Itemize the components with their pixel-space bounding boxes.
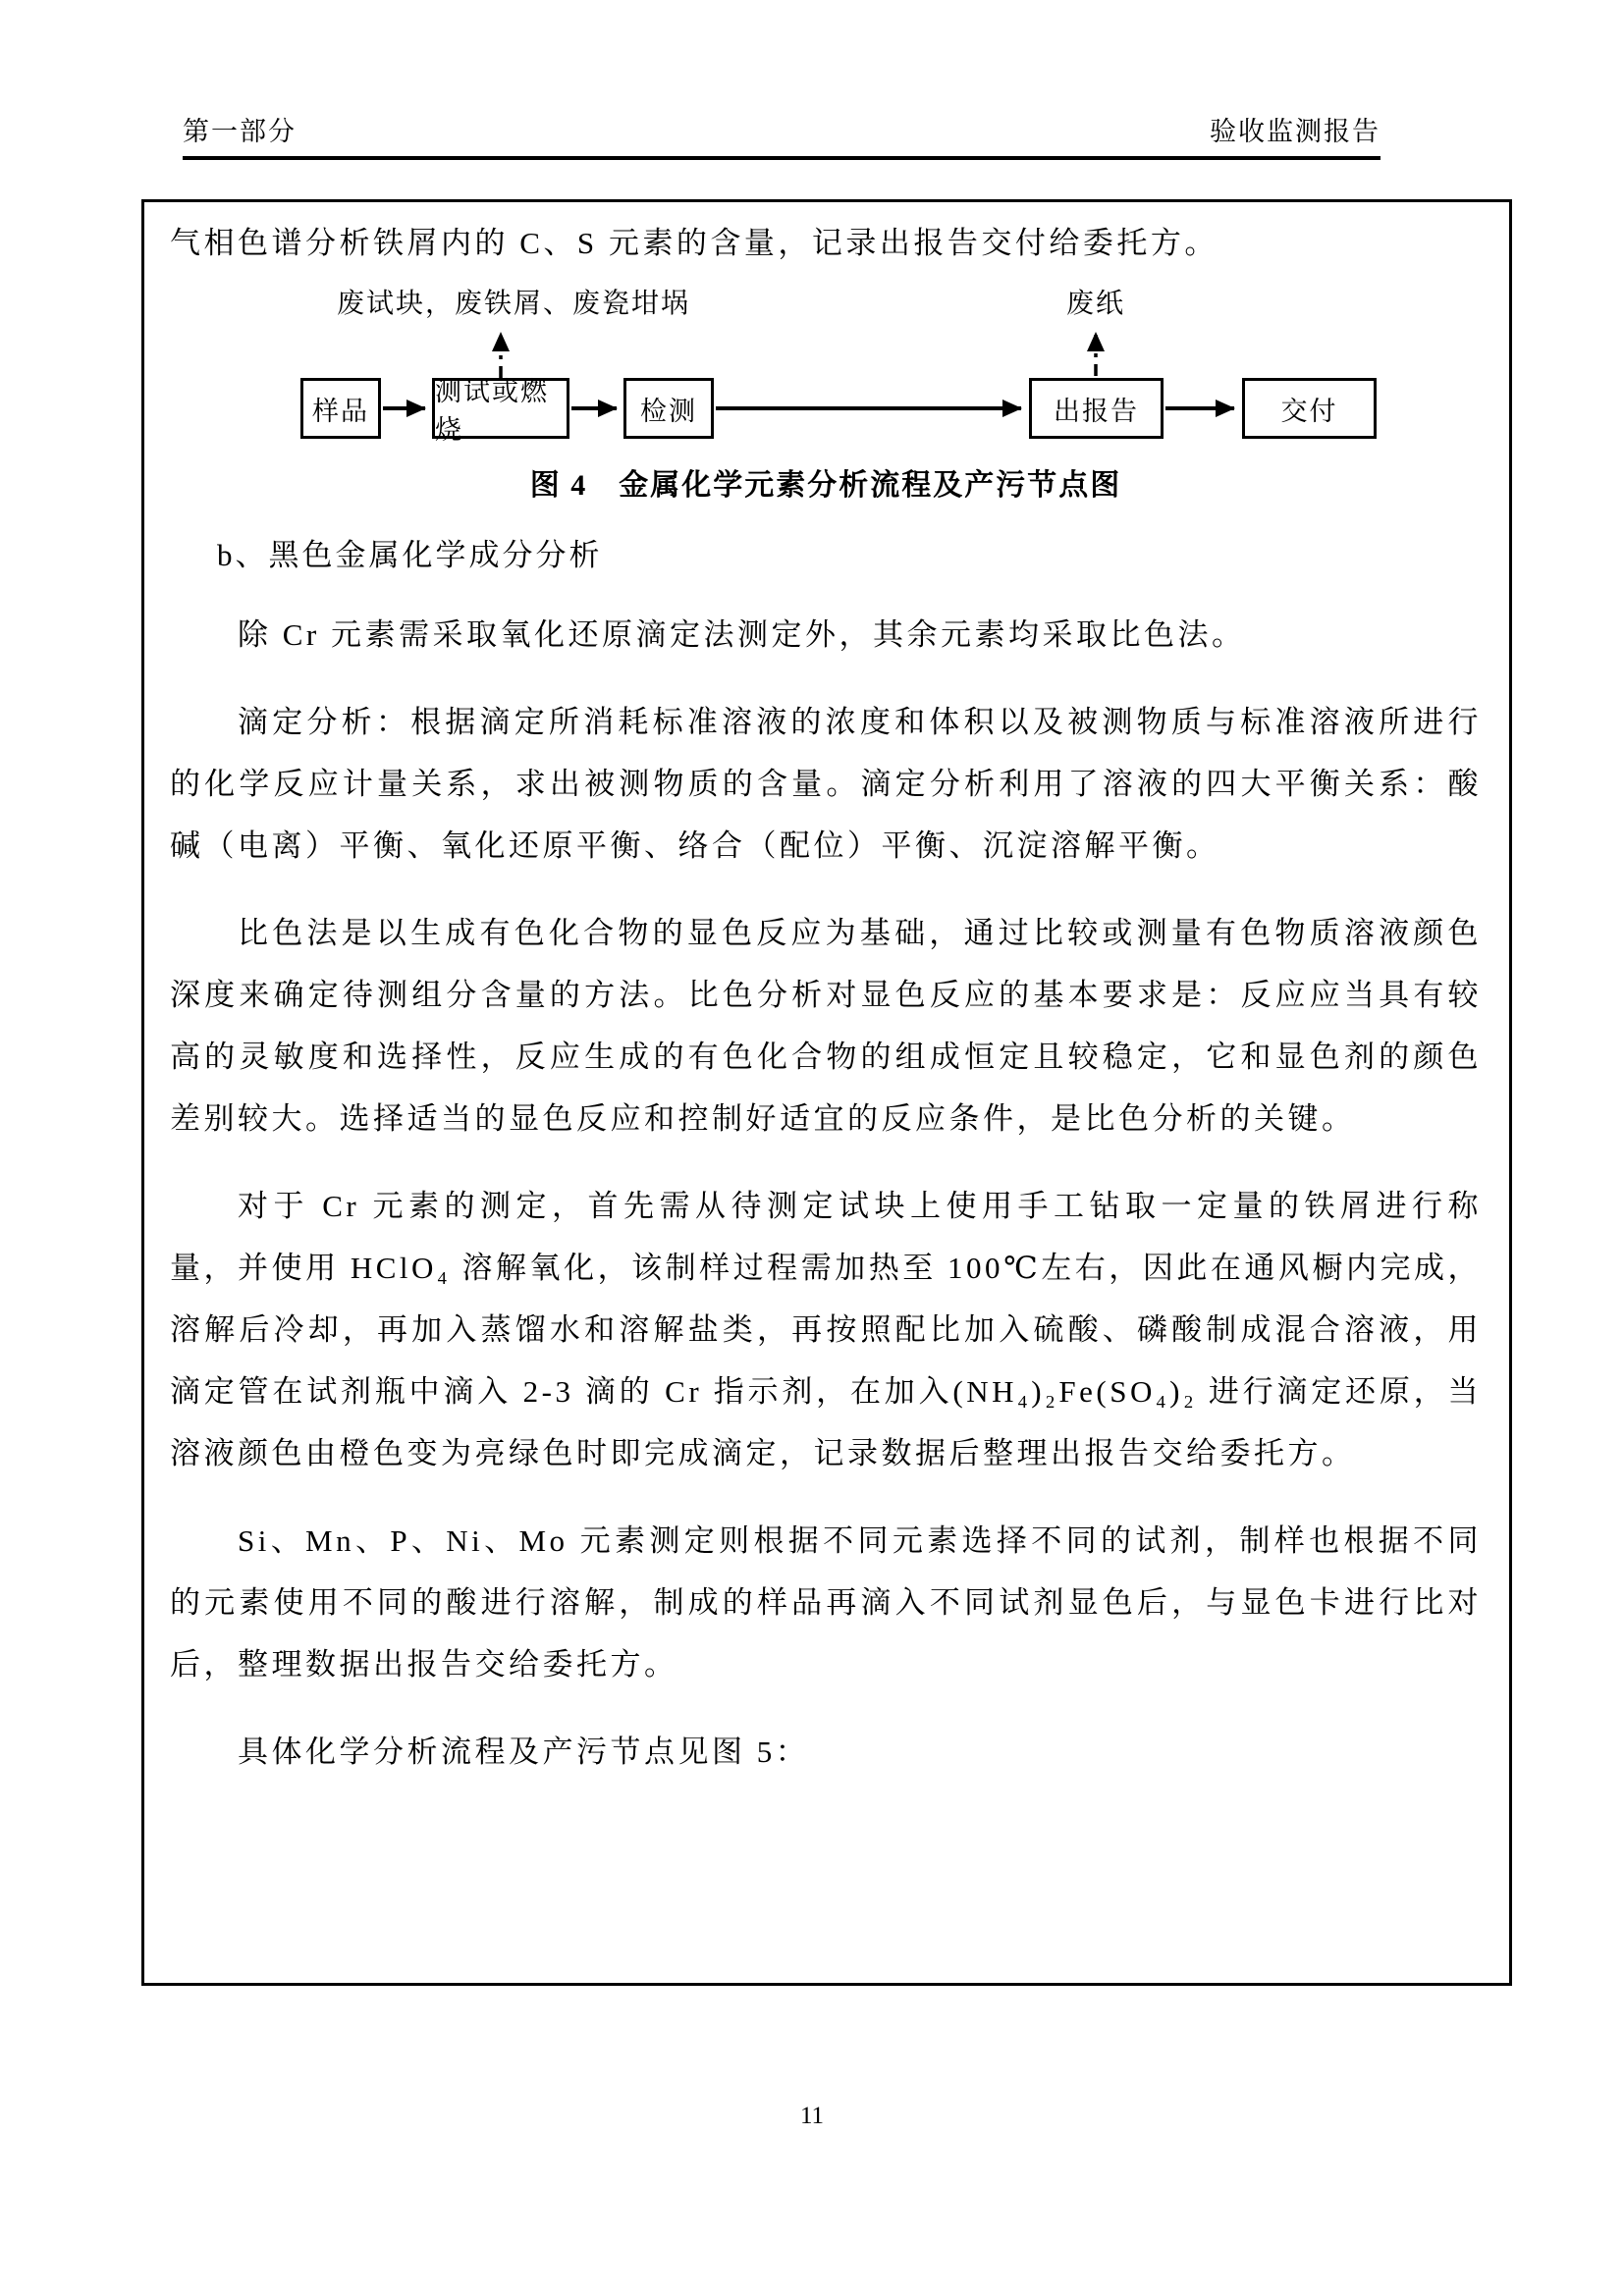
- flow-node-sample: 样品: [300, 378, 381, 439]
- page-number: 11: [0, 2103, 1624, 2130]
- header-section-title: 第一部分: [183, 110, 297, 148]
- header-report-title: 验收监测报告: [1210, 110, 1380, 148]
- paragraph-see-figure5: 具体化学分析流程及产污节点见图 5：: [170, 1721, 1482, 1783]
- flow-node-test-or-burn: 测试或燃烧: [432, 378, 569, 439]
- paragraph-other-elements: Si、Mn、P、Ni、Mo 元素测定则根据不同元素选择不同的试剂，制样也根据不同…: [170, 1510, 1482, 1695]
- paragraph-cr-determination: 对于 Cr 元素的测定，首先需从待测定试块上使用手工钻取一定量的铁屑进行称量，并…: [170, 1175, 1482, 1484]
- paragraph-colorimetry-intro: 除 Cr 元素需采取氧化还原滴定法测定外，其余元素均采取比色法。: [170, 604, 1482, 666]
- paragraph-titration: 滴定分析：根据滴定所消耗标准溶液的浓度和体积以及被测物质与标准溶液所进行的化学反…: [170, 691, 1482, 877]
- flow-diagram: 废试块，废铁屑、废瓷坩埚 废纸 样品 测试或燃烧 检测 出报告 交付: [170, 284, 1482, 449]
- flow-node-deliver: 交付: [1242, 378, 1377, 439]
- figure-caption: 图 4 金属化学元素分析流程及产污节点图: [170, 454, 1482, 516]
- waste-label-solid: 废试块，废铁屑、废瓷坩埚: [317, 288, 710, 321]
- running-header: 第一部分 验收监测报告: [183, 110, 1380, 160]
- section-heading-b: b、黑色金属化学成分分析: [170, 524, 1482, 586]
- flow-node-inspect: 检测: [623, 378, 714, 439]
- content-border-box: 气相色谱分析铁屑内的 C、S 元素的含量，记录出报告交付给委托方。 废试块，废铁…: [141, 199, 1512, 1986]
- paragraph-intro: 气相色谱分析铁屑内的 C、S 元素的含量，记录出报告交付给委托方。: [170, 212, 1482, 274]
- waste-label-paper: 废纸: [1022, 288, 1169, 321]
- paragraph-colorimetry-method: 比色法是以生成有色化合物的显色反应为基础，通过比较或测量有色物质溶液颜色深度来确…: [170, 902, 1482, 1149]
- flow-node-issue-report: 出报告: [1029, 378, 1164, 439]
